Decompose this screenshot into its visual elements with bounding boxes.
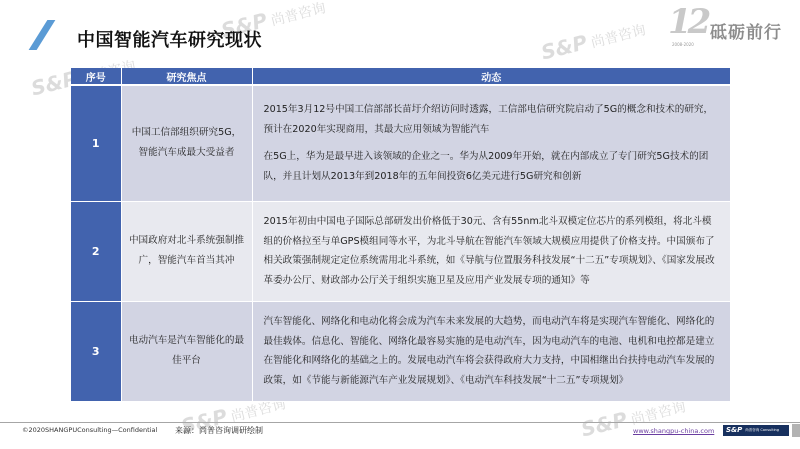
page-title: 中国智能汽车研究现状 xyxy=(77,26,262,52)
brand-slogan: 砥砺前行 xyxy=(710,18,782,43)
detail-paragraph: 汽车智能化、网络化和电动化将会成为汽车未来发展的大趋势，而电动汽车将是实现汽车智… xyxy=(264,312,721,390)
table-row: 2 中国政府对北斗系统强制推广，智能汽车首当其冲 2015年初由中国电子国际总部… xyxy=(71,201,731,301)
row-focus: 中国工信部组织研究5G，智能汽车成最大受益者 xyxy=(121,85,252,201)
row-details: 汽车智能化、网络化和电动化将会成为汽车未来发展的大趋势，而电动汽车将是实现汽车智… xyxy=(252,301,731,401)
company-logo: S&P尚普咨询 Consulting xyxy=(723,425,789,436)
column-header-details: 动态 xyxy=(252,68,731,85)
row-focus: 电动汽车是汽车智能化的最佳平台 xyxy=(121,301,252,401)
table-header-row: 序号 研究焦点 动态 xyxy=(71,68,731,85)
detail-paragraph: 2015年初由中国电子国际总部研发出价格低于30元、含有55nm北斗双模定位芯片… xyxy=(264,212,721,290)
table-row: 1 中国工信部组织研究5G，智能汽车成最大受益者 2015年3月12号中国工信部… xyxy=(71,85,731,201)
research-table: 序号 研究焦点 动态 1 中国工信部组织研究5G，智能汽车成最大受益者 2015… xyxy=(71,68,731,402)
row-details: 2015年3月12号中国工信部部长苗圩介绍访问时透露，工信部电信研究院启动了5G… xyxy=(252,85,731,201)
detail-paragraph: 在5G上，华为是最早进入该领域的企业之一。华为从2009年开始，就在内部成立了专… xyxy=(264,147,721,186)
row-focus: 中国政府对北斗系统强制推广，智能汽车首当其冲 xyxy=(121,201,252,301)
website-link[interactable]: www.shangpu-china.com xyxy=(633,427,714,435)
column-header-index: 序号 xyxy=(71,68,121,85)
row-index: 2 xyxy=(71,201,121,301)
title-accent-slash xyxy=(29,20,56,50)
table-row: 3 电动汽车是汽车智能化的最佳平台 汽车智能化、网络化和电动化将会成为汽车未来发… xyxy=(71,301,731,401)
footer-divider xyxy=(0,422,800,423)
watermark: S&P尚普咨询 xyxy=(539,15,648,64)
detail-paragraph: 2015年3月12号中国工信部部长苗圩介绍访问时透露，工信部电信研究院启动了5G… xyxy=(264,100,721,139)
column-header-focus: 研究焦点 xyxy=(121,68,252,85)
row-index: 3 xyxy=(71,301,121,401)
anniversary-number: 12 xyxy=(668,2,707,42)
footer-accent-block xyxy=(792,424,800,437)
copyright-text: ©2020SHANGPUConsulting—Confidential xyxy=(22,426,157,434)
row-index: 1 xyxy=(71,85,121,201)
anniversary-years: 2008-2020 xyxy=(672,42,694,47)
anniversary-badge: 12 2008-2020 xyxy=(668,6,708,48)
row-details: 2015年初由中国电子国际总部研发出价格低于30元、含有55nm北斗双模定位芯片… xyxy=(252,201,731,301)
source-note: 来源：尚普咨询调研绘制 xyxy=(175,425,263,436)
